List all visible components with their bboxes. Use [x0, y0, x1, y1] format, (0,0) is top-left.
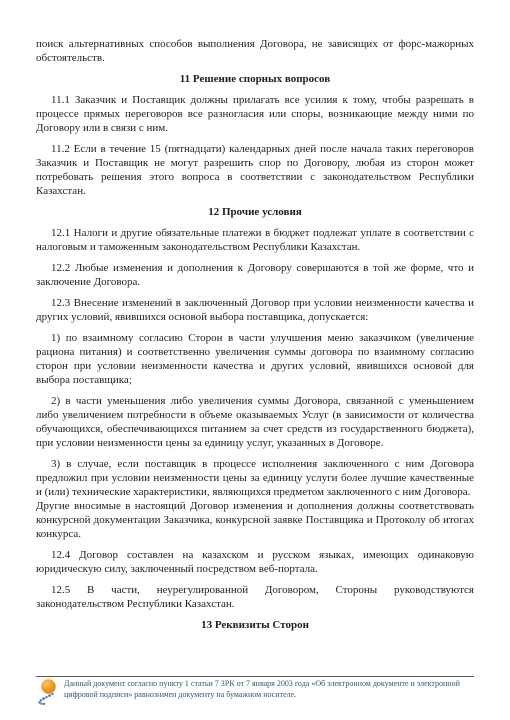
- section-heading-12: 12 Прочие условия: [36, 205, 474, 219]
- paragraph-11-2: 11.2 Если в течение 15 (пятнадцати) кале…: [36, 142, 474, 198]
- digital-signature-icon: [36, 679, 58, 705]
- paragraph-12-4: 12.4 Договор составлен на казахском и ру…: [36, 548, 474, 576]
- paragraph-12-3-item-3: 3) в случае, если поставщик в процессе и…: [36, 457, 474, 499]
- paragraph-12-3: 12.3 Внесение изменений в заключенный До…: [36, 296, 474, 324]
- footer-signature-note: Данный документ согласно пункту 1 статьи…: [36, 676, 474, 705]
- section-heading-11: 11 Решение спорных вопросов: [36, 72, 474, 86]
- paragraph-12-1: 12.1 Налоги и другие обязательные платеж…: [36, 226, 474, 254]
- paragraph-12-2: 12.2 Любые изменения и дополнения к Дого…: [36, 261, 474, 289]
- footer-note-text: Данный документ согласно пункту 1 статьи…: [64, 679, 474, 700]
- section-heading-13: 13 Реквизиты Сторон: [36, 618, 474, 632]
- paragraph-11-1: 11.1 Заказчик и Поставщик должны прилага…: [36, 93, 474, 135]
- paragraph-12-3-item-2: 2) в части уменьшения либо увеличения су…: [36, 394, 474, 450]
- document-content: поиск альтернативных способов выполнения…: [0, 0, 510, 632]
- document-page: поиск альтернативных способов выполнения…: [0, 0, 510, 720]
- paragraph-12-3-note: Другие вносимые в настоящий Договор изме…: [36, 499, 474, 541]
- paragraph-12-5: 12.5 В части, неурегулированной Договоро…: [36, 583, 474, 611]
- paragraph-12-3-item-1: 1) по взаимному согласию Сторон в части …: [36, 331, 474, 387]
- paragraph-intro-continuation: поиск альтернативных способов выполнения…: [36, 37, 474, 65]
